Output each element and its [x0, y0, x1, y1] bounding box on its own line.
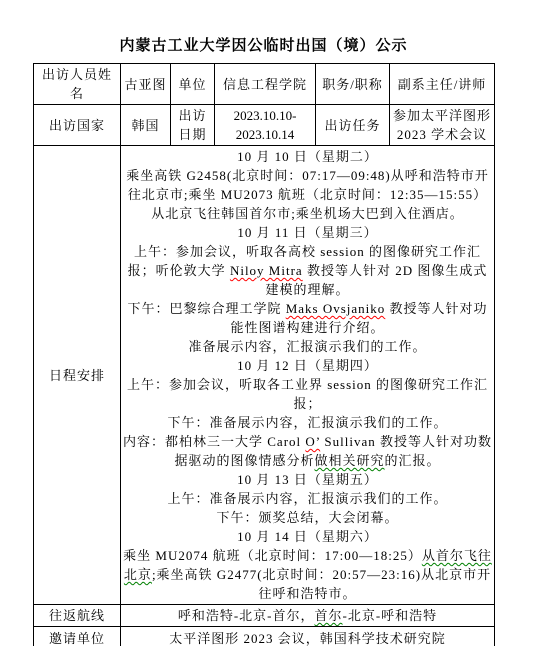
value-route: 呼和浩特-北京-首尔，首尔-北京-呼和浩特 [121, 605, 495, 627]
label-visit-task: 出访任务 [316, 105, 390, 146]
text-segment: 10 月 13 日（星期五） [237, 472, 378, 487]
flagged-text: O’ [305, 434, 320, 449]
text-segment: 的汇报。 [385, 453, 441, 468]
schedule-paragraph: 准备展示内容，汇报演示我们的工作。 [123, 337, 492, 356]
text-segment: 上午：准备展示内容，汇报演示我们的工作。 [167, 491, 447, 506]
label-unit: 单位 [171, 64, 215, 105]
schedule-paragraph: 下午：颁奖总结，大会闭幕。 [123, 508, 492, 527]
label-visit-date: 出访日期 [171, 105, 215, 146]
schedule-paragraph: 下午：准备展示内容，汇报演示我们的工作。 [123, 413, 492, 432]
schedule-paragraph: 10 月 14 日（星期六） [123, 527, 492, 546]
text-segment: 呼和浩特-北京-首尔， [178, 608, 315, 623]
table-row-visitor: 出访人员姓名 古亚图 单位 信息工程学院 职务/职称 副系主任/讲师 [34, 64, 495, 105]
flagged-text: 首尔 [314, 608, 342, 623]
value-inviter: 太平洋图形 2023 会议，韩国科学技术研究院 [121, 627, 495, 646]
schedule-paragraph: 10 月 12 日（星期四） [123, 356, 492, 375]
table-row-route: 往返航线 呼和浩特-北京-首尔，首尔-北京-呼和浩特 [34, 605, 495, 627]
schedule-content: 10 月 10 日（星期二）乘坐高铁 G2458(北京时间：07:17—09:4… [121, 146, 495, 605]
text-segment: 10 月 14 日（星期六） [237, 529, 378, 544]
schedule-paragraph: 10 月 13 日（星期五） [123, 470, 492, 489]
text-segment: 10 月 10 日（星期二） [237, 149, 378, 164]
text-segment: 太平洋图形 2023 会议，韩国科学技术研究院 [169, 631, 446, 646]
value-visit-task: 参加太平洋图形 2023 学术会议 [390, 105, 495, 146]
table-row-schedule: 日程安排 10 月 10 日（星期二）乘坐高铁 G2458(北京时间：07:17… [34, 146, 495, 605]
label-position-title: 职务/职称 [316, 64, 390, 105]
schedule-paragraph: 下午：巴黎综合理工学院 Maks Ovsjaniko 教授等人针对功能性图谱构建… [123, 299, 492, 337]
page-title: 内蒙古工业大学因公临时出国（境）公示 [33, 34, 494, 55]
label-destination-country: 出访国家 [34, 105, 121, 146]
label-visitor-name: 出访人员姓名 [34, 64, 121, 105]
schedule-paragraph: 上午：准备展示内容，汇报演示我们的工作。 [123, 489, 492, 508]
text-segment: 10 月 12 日（星期四） [237, 358, 378, 373]
schedule-paragraph: 上午：参加会议，听取各工业界 session 的图像研究工作汇报； [123, 375, 492, 413]
flagged-text: Niloy Mitra [230, 263, 303, 278]
text-segment: 10 月 11 日（星期三） [237, 225, 377, 240]
schedule-paragraph: 内容：都柏林三一大学 Carol O’ Sullivan 教授等人针对功数据驱动… [123, 432, 492, 470]
text-segment: 下午：巴黎综合理工学院 [127, 301, 285, 316]
label-route: 往返航线 [34, 605, 121, 627]
announcement-table: 出访人员姓名 古亚图 单位 信息工程学院 职务/职称 副系主任/讲师 出访国家 … [33, 63, 495, 646]
schedule-paragraph: 10 月 10 日（星期二） [123, 147, 492, 166]
flagged-text: 做相关研究 [314, 453, 384, 468]
text-segment: 准备展示内容，汇报演示我们的工作。 [188, 339, 426, 354]
text-segment: 上午：参加会议，听取各工业界 session 的图像研究工作汇报； [127, 377, 488, 411]
value-position-title: 副系主任/讲师 [390, 64, 495, 105]
text-segment: -北京-呼和浩特 [343, 608, 438, 623]
value-destination-country: 韩国 [121, 105, 171, 146]
text-segment: 下午：准备展示内容，汇报演示我们的工作。 [167, 415, 447, 430]
schedule-paragraph: 10 月 11 日（星期三） [123, 223, 492, 242]
table-row-destination: 出访国家 韩国 出访日期 2023.10.10-2023.10.14 出访任务 … [34, 105, 495, 146]
value-visit-date: 2023.10.10-2023.10.14 [215, 105, 316, 146]
flagged-text: Maks Ovsjaniko [286, 301, 386, 316]
text-segment: 内容：都柏林三一大学 Carol [123, 434, 305, 449]
document-page: 内蒙古工业大学因公临时出国（境）公示 出访人员姓名 古亚图 单位 信息工程学院 … [0, 0, 538, 646]
text-segment: 下午：颁奖总结，大会闭幕。 [216, 510, 398, 525]
label-inviter: 邀请单位 [34, 627, 121, 646]
schedule-paragraph: 乘坐 MU2074 航班（北京时间：17:00—18:25）从首尔飞往北京;乘坐… [123, 546, 492, 603]
value-visitor-name: 古亚图 [121, 64, 171, 105]
value-unit: 信息工程学院 [215, 64, 316, 105]
text-segment: 乘坐高铁 G2458(北京时间：07:17—09:48)从呼和浩特市开往北京市;… [126, 168, 489, 221]
text-segment: 乘坐 MU2074 航班（北京时间：17:00—18:25） [123, 548, 422, 563]
text-segment: ;乘坐高铁 G2477(北京时间：20:57—23:16)从北京市开往呼和浩特市… [152, 567, 491, 601]
label-schedule: 日程安排 [34, 146, 121, 605]
table-row-inviter: 邀请单位 太平洋图形 2023 会议，韩国科学技术研究院 [34, 627, 495, 646]
schedule-paragraph: 上午：参加会议，听取各高校 session 的图像研究工作汇报；听伦敦大学 Ni… [123, 242, 492, 299]
schedule-paragraph: 乘坐高铁 G2458(北京时间：07:17—09:48)从呼和浩特市开往北京市;… [123, 166, 492, 223]
